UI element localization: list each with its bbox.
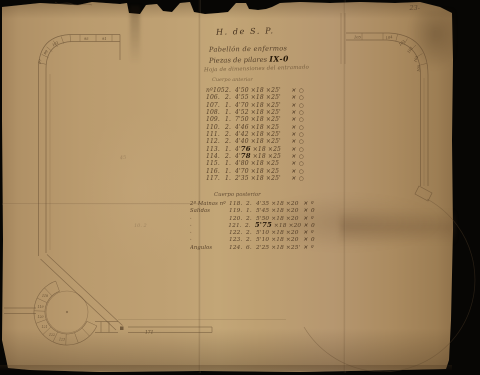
row-check-mark: ✕	[303, 216, 309, 223]
row-circle-mark: º	[311, 245, 318, 252]
plan-reference-code: IX-0	[269, 54, 289, 63]
dimension-row: 111. 2. 4'42 ×18 ×25' ✕ ○	[206, 131, 306, 138]
row-circle-mark: 0	[311, 208, 318, 215]
dimension-row: 107. 1. 4'70 ×18 ×25' ✕ ○	[206, 102, 306, 109]
row-dimensions: 4'70 ×18 ×25	[235, 168, 289, 175]
row-count: 1.	[246, 208, 254, 215]
anterior-dimension-list: nº105. 2. 4'50 ×18 ×25' ✕ ○ 106. 2. 4'55…	[206, 87, 306, 182]
row-circle-mark: ○	[299, 103, 306, 110]
row-number: 120.	[229, 216, 244, 223]
row-check-mark: ✕	[291, 117, 297, 124]
row-check-mark: ✕	[291, 110, 297, 117]
row-dimensions: 4'55 ×18 ×25'	[235, 94, 289, 101]
row-number: 124.	[229, 245, 244, 252]
row-count: 2.	[225, 138, 233, 145]
row-circle-mark: ○	[299, 176, 306, 183]
dimension-row: 112. 2. 4'40 ×18 ×25' ✕ ○	[206, 138, 306, 145]
row-check-mark: ✕	[291, 88, 297, 95]
row-label: 2ª Mainas nº	[190, 201, 227, 208]
dimension-row: 109. 1. 7'50 ×18 ×25' ✕ ○	[206, 116, 306, 123]
row-number: 114.	[206, 153, 223, 160]
row-circle-mark: º	[311, 216, 318, 223]
section-heading-anterior: Cuerpo anterior	[212, 77, 253, 83]
subtitle-pieces: Piezas de pilares IX-0	[209, 54, 289, 64]
row-count: 2.	[245, 223, 253, 230]
row-number: 108.	[206, 109, 223, 116]
row-check-mark: ✕	[303, 237, 309, 244]
subtitle-pieces-text: Piezas de pilares	[209, 56, 267, 65]
row-count: 1.	[225, 102, 233, 109]
row-dimensions: 2'25 ×18 ×25'	[256, 244, 301, 252]
row-dimensions: 4'50 ×18 ×25'	[235, 87, 289, 94]
row-count: 2.	[246, 237, 254, 244]
section-heading-posterior: Cuerpo posterior	[214, 192, 261, 198]
row-count: 2.	[246, 216, 254, 223]
row-circle-mark: º	[311, 201, 318, 208]
row-circle-mark: ○	[299, 154, 306, 161]
row-dimensions: 4'80 ×18 ×25	[235, 160, 289, 167]
row-circle-mark: 0	[311, 237, 318, 244]
row-dimensions: 7'50 ×18 ×25'	[235, 116, 289, 123]
sheet-title: H. de S. P.	[216, 26, 275, 37]
dimension-row: 2ª Mainas nº 118. 2. 4'35 ×18 ×20 ✕ º	[190, 200, 318, 207]
row-label: ·	[190, 223, 226, 230]
row-check-mark: ✕	[291, 147, 297, 154]
row-check-mark: ✕	[291, 169, 297, 176]
row-label: ·	[190, 237, 227, 244]
row-count: 2.	[225, 131, 233, 138]
row-check-mark: ✕	[303, 223, 309, 230]
posterior-dimension-list: 2ª Mainas nº 118. 2. 4'35 ×18 ×20 ✕ º Sa…	[190, 200, 318, 251]
row-label: Angulos	[190, 245, 227, 252]
dimension-row: 110. 2. 4'46 ×18 ×25 ✕ ○	[206, 124, 306, 131]
row-number: 112.	[206, 138, 223, 145]
row-number: nº105.	[206, 87, 223, 94]
dimension-row: Salidas 119. 1. 5'45 ×18 ×20 ✕ 0	[190, 207, 318, 214]
row-circle-mark: ○	[299, 161, 306, 168]
row-count: 1.	[225, 109, 233, 116]
row-check-mark: ✕	[303, 201, 309, 208]
row-count: 2.	[225, 124, 233, 131]
row-circle-mark: ○	[299, 132, 306, 139]
dimension-row: 106. 2. 4'55 ×18 ×25' ✕ ○	[206, 94, 306, 101]
row-count: 2.	[225, 87, 233, 94]
row-dimensions: 4'42 ×18 ×25'	[235, 131, 289, 138]
row-number: 118.	[229, 201, 244, 208]
row-number: 109.	[206, 116, 223, 123]
row-count: 1.	[225, 116, 233, 123]
row-check-mark: ✕	[291, 132, 297, 139]
dimension-row: · 121. 2. 5'75 ×18 ×20 ✕ 0	[190, 222, 318, 229]
row-check-mark: ✕	[291, 161, 297, 168]
row-circle-mark: ○	[299, 88, 306, 95]
row-count: 2.	[246, 201, 254, 208]
row-count: 6.	[246, 245, 254, 252]
row-count: 1.	[225, 175, 233, 182]
dimension-row: 116. 1. 4'70 ×18 ×25 ✕ ○	[206, 168, 306, 175]
row-number: 119.	[229, 208, 244, 215]
row-dimensions: 2'35 ×18 ×25'	[235, 175, 289, 182]
dimension-row: 117. 1. 2'35 ×18 ×25' ✕ ○	[206, 175, 306, 182]
row-number: 113.	[206, 146, 223, 153]
row-count: 2.	[246, 230, 254, 237]
dimension-row: Angulos 124. 6. 2'25 ×18 ×25' ✕ º	[190, 244, 318, 251]
row-count: 1.	[225, 160, 233, 167]
row-number: 117.	[206, 175, 223, 182]
row-check-mark: ✕	[303, 230, 309, 237]
row-count: 1.	[225, 146, 233, 153]
row-number: 107.	[206, 102, 223, 109]
row-dimensions: 4'78 ×18 ×25	[235, 153, 289, 160]
dimension-row: nº105. 2. 4'50 ×18 ×25' ✕ ○	[206, 87, 306, 94]
row-circle-mark: º	[311, 230, 318, 237]
stray-pencil-mark: 45	[120, 155, 127, 162]
row-number: 110.	[206, 124, 223, 131]
dimension-row: 113. 1. 4'76 ×18 ×25 ✕ ○	[206, 146, 306, 153]
row-circle-mark: ○	[299, 169, 306, 176]
row-check-mark: ✕	[291, 95, 297, 102]
page-number: 23-	[410, 4, 420, 12]
scanned-sheet: 95 91 101 99 97 118 119 120 121 122 123	[0, 0, 480, 375]
row-check-mark: ✕	[303, 208, 309, 215]
row-number: 123.	[229, 237, 244, 244]
dimension-row: · 123. 2. 5'10 ×18 ×20 ✕ 0	[190, 236, 318, 243]
dimension-row: · 122. 2. 5'10 ×18 ×20 ✕ º	[190, 229, 318, 236]
row-count: 1.	[225, 168, 233, 175]
row-circle-mark: ○	[299, 110, 306, 117]
stray-pencil-mark: 10. 2	[134, 223, 147, 229]
row-check-mark: ✕	[291, 139, 297, 146]
row-check-mark: ✕	[303, 245, 309, 252]
row-circle-mark: ○	[299, 95, 306, 102]
row-dimensions: 4'46 ×18 ×25	[235, 124, 289, 131]
row-circle-mark: ○	[299, 125, 306, 132]
row-check-mark: ✕	[291, 125, 297, 132]
row-label: ·	[190, 216, 227, 223]
dimension-row: 114. 2. 4'78 ×18 ×25 ✕ ○	[206, 153, 306, 160]
dimension-row: 108. 1. 4'52 ×18 ×25' ✕ ○	[206, 109, 306, 116]
row-number: 121.	[228, 223, 243, 230]
row-count: 2.	[225, 153, 233, 160]
row-label: ·	[190, 230, 227, 237]
row-number: 106.	[206, 94, 223, 101]
row-circle-mark: ○	[299, 147, 306, 154]
row-number: 122.	[229, 230, 244, 237]
row-dimensions: 4'52 ×18 ×25'	[235, 109, 289, 116]
row-dimensions: 4'70 ×18 ×25'	[235, 102, 289, 109]
subtitle-pavilion: Pabellón de enfermos	[209, 44, 287, 53]
row-number: 116.	[206, 168, 223, 175]
row-check-mark: ✕	[291, 103, 297, 110]
row-number: 111.	[206, 131, 223, 138]
row-count: 2.	[225, 94, 233, 101]
row-circle-mark: ○	[299, 117, 306, 124]
row-check-mark: ✕	[291, 176, 297, 183]
row-label: Salidas	[190, 208, 227, 215]
dimension-row: 115. 1. 4'80 ×18 ×25 ✕ ○	[206, 160, 306, 167]
row-number: 115.	[206, 160, 223, 167]
row-check-mark: ✕	[291, 154, 297, 161]
row-circle-mark: ○	[299, 139, 306, 146]
